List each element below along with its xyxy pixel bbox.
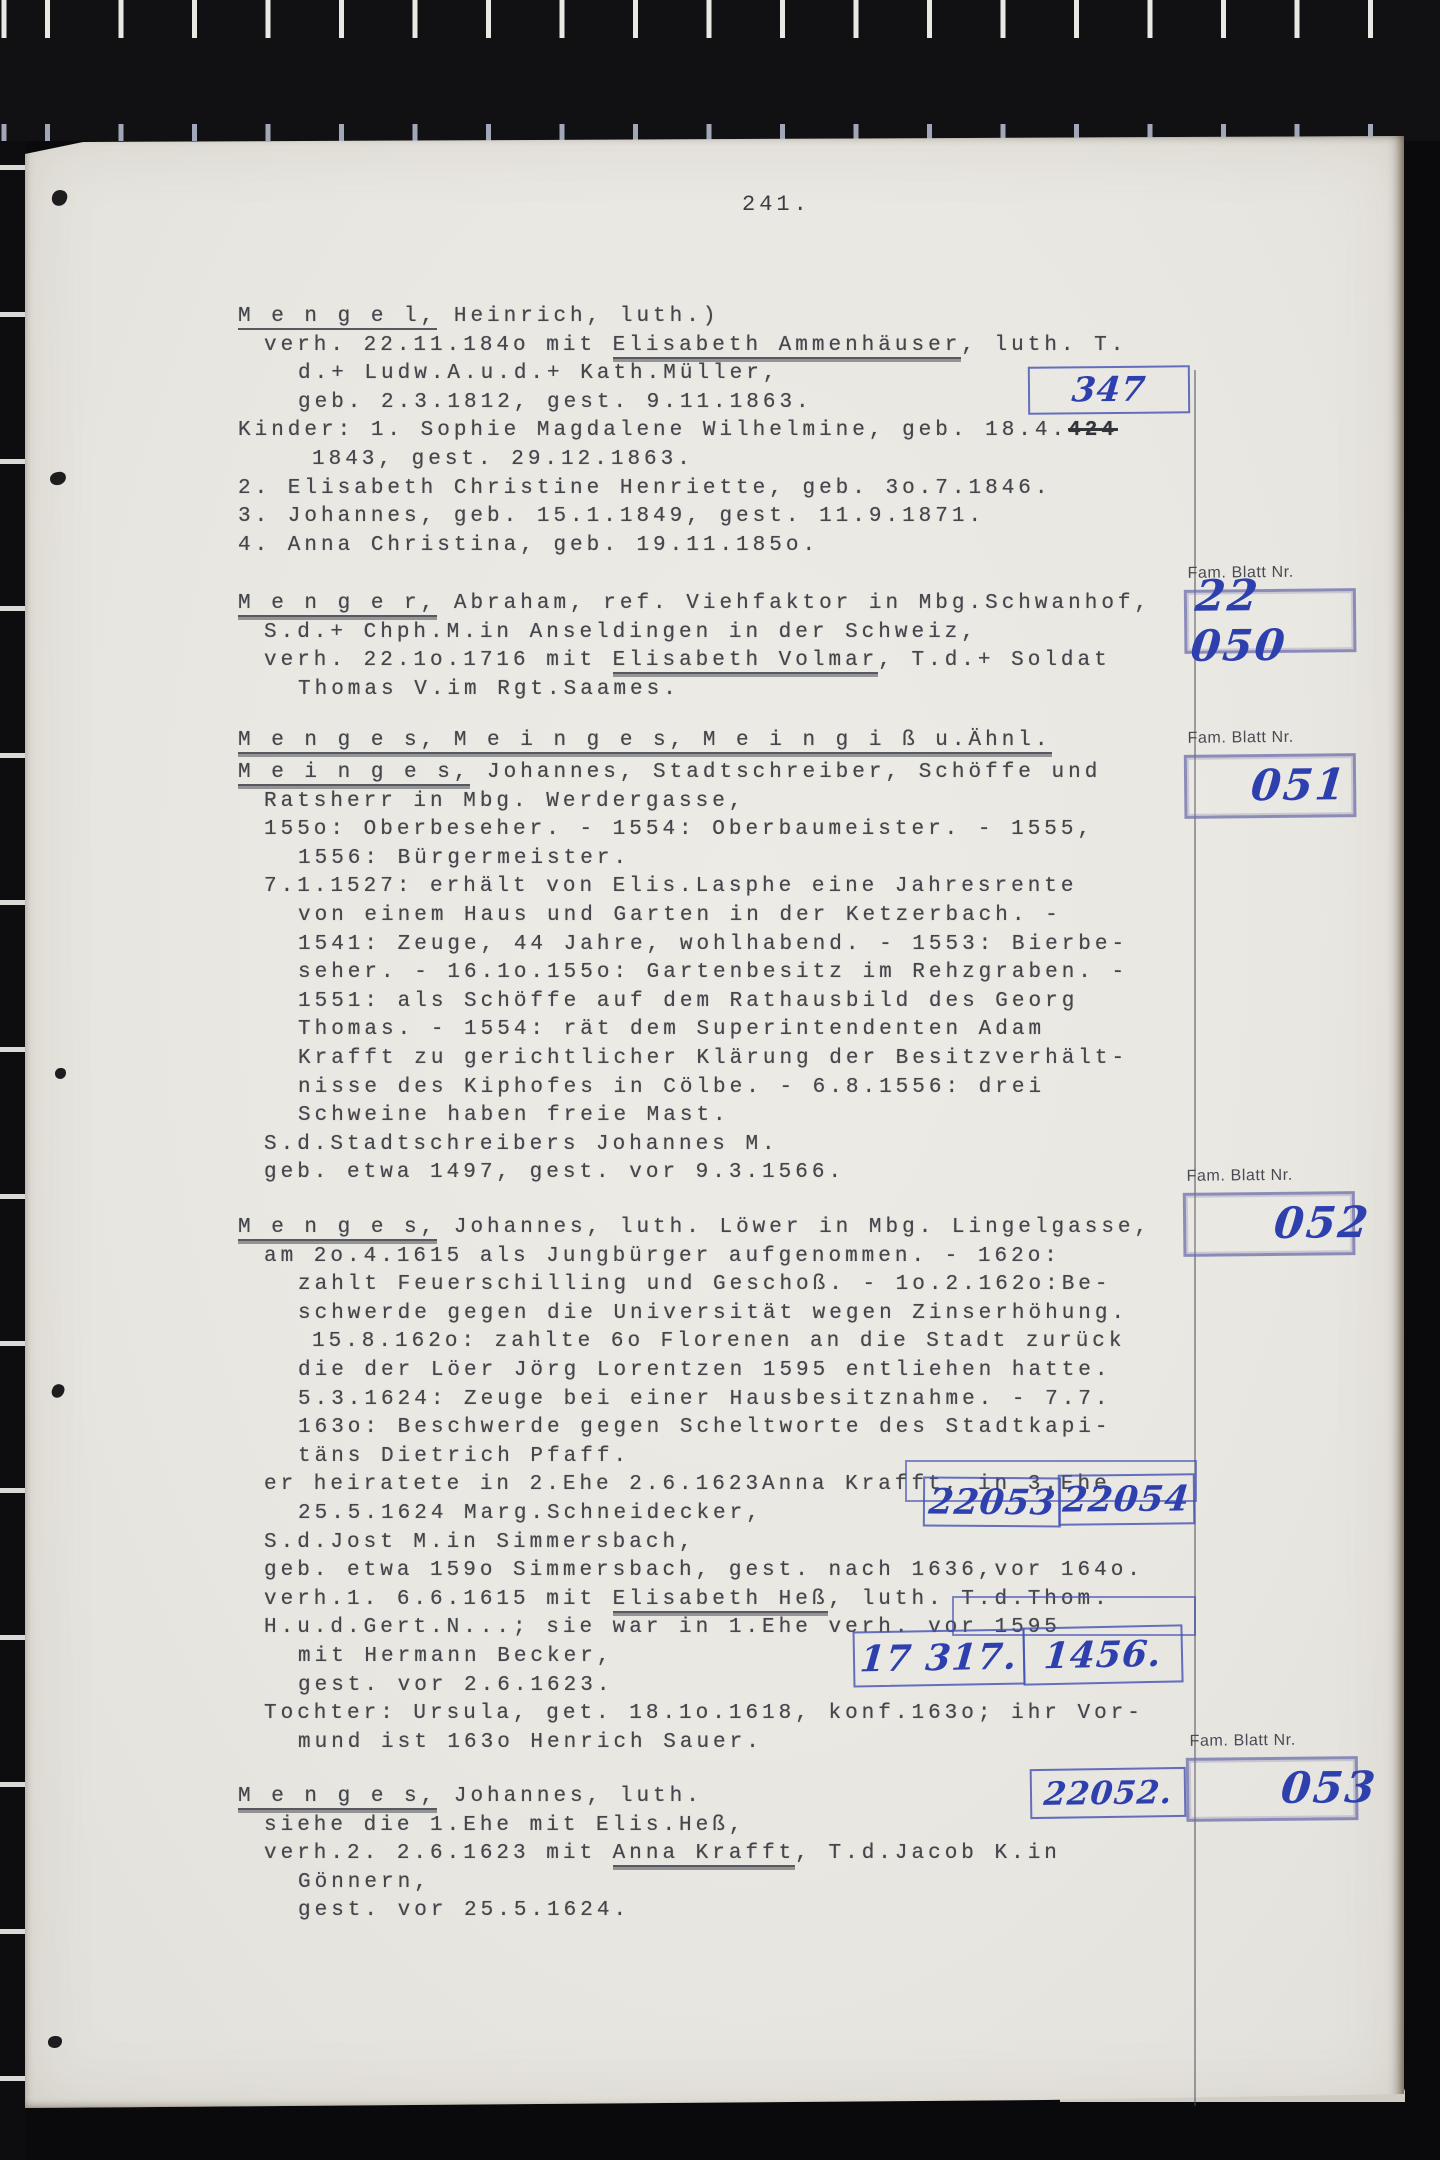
typed-text: , luth. T. [961,334,1127,357]
text-line: verh. 22.11.184o mit Elisabeth Ammenhäus… [238,332,1223,361]
text-line: mund ist 163o Henrich Sauer. [238,1729,1223,1758]
text-line: M e n g e s, M e i n g e s, M e i n g i … [238,727,1223,756]
text-line: S.d.+ Chph.M.in Anseldingen in der Schwe… [238,619,1223,648]
underlined-text: M e n g e s, [238,1785,437,1810]
typed-text: S.d.Jost M.in Simmersbach, [264,1531,696,1554]
typed-text: 163o: Beschwerde gegen Scheltworte des S… [298,1416,1112,1439]
typed-text: schwerde gegen die Universität wegen Zin… [298,1302,1128,1325]
handwritten-number: 22054 [1061,1478,1192,1520]
typed-text: 1556: Bürgermeister. [298,847,630,870]
underlined-text: M e n g e s, [238,1216,437,1241]
fam-blatt-box: 22 050 [1184,588,1357,654]
typed-text: , T.d.Jacob K.in [795,1842,1061,1865]
text-line: Krafft zu gerichtlicher Klärung der Besi… [238,1045,1223,1074]
fam-blatt-number: 053 [1187,1763,1379,1815]
typed-text: Schweine haben freie Mast. [298,1104,730,1127]
fam-blatt-number: 22 050 [1182,570,1357,672]
typed-text: 15.8.162o: zahlte 6o Florenen an die Sta… [312,1330,1126,1353]
annotation-box-22053: 22053 [923,1477,1061,1528]
typed-text: Johannes, Stadtschreiber, Schöffe und [470,761,1101,784]
typed-text: verh.2. 2.6.1623 mit [264,1842,613,1865]
underlined-text: M e n g e r, [238,592,437,617]
text-line: geb. etwa 159o Simmersbach, gest. nach 1… [238,1557,1223,1586]
typed-text: geb. 2.3.1812, gest. 9.11.1863. [298,391,813,414]
punch-hole [49,471,67,486]
annotation-box-1456: 1456. [1022,1624,1183,1685]
typed-text: S.d.Stadtschreibers Johannes M. [264,1133,779,1156]
fam-blatt-label: Fam. Blatt Nr. [1190,1731,1358,1751]
typed-text: d.+ Ludw.A.u.d.+ Kath.Müller, [298,362,779,385]
typed-text: mit Hermann Becker, [298,1645,613,1668]
text-line: 163o: Beschwerde gegen Scheltworte des S… [238,1414,1223,1443]
typed-text: verh. 22.1o.1716 mit [264,649,613,672]
handwritten-number: 17 317. [859,1636,1020,1681]
typed-text: seher. - 16.1o.155o: Gartenbesitz im Reh… [298,961,1128,984]
text-line: 3. Johannes, geb. 15.1.1849, gest. 11.9.… [238,503,1223,532]
typed-text: S.d.+ Chph.M.in Anseldingen in der Schwe… [264,621,978,644]
text-line: M e n g e l, Heinrich, luth.) [238,303,1223,332]
text-line: verh. 22.1o.1716 mit Elisabeth Volmar, T… [238,647,1223,676]
fam-blatt-stamp-052: Fam. Blatt Nr. 052 [1183,1166,1356,1257]
text-line: 1556: Bürgermeister. [238,845,1223,874]
typed-text: am 2o.4.1615 als Jungbürger aufgenommen.… [264,1245,1061,1268]
text-line: 1541: Zeuge, 44 Jahre, wohlhabend. - 155… [238,931,1223,960]
typed-text: , T.d.+ Soldat [878,649,1110,672]
punch-hole [51,189,69,208]
typed-text: täns Dietrich Pfaff. [298,1445,630,1468]
typed-text: 3. Johannes, geb. 15.1.1849, gest. 11.9.… [238,505,985,528]
text-line: verh.2. 2.6.1623 mit Anna Krafft, T.d.Ja… [238,1840,1223,1869]
fam-blatt-stamp-051: Fam. Blatt Nr. 051 [1184,728,1357,819]
text-line: 15.8.162o: zahlte 6o Florenen an die Sta… [238,1328,1223,1357]
typed-text: Krafft zu gerichtlicher Klärung der Besi… [298,1047,1128,1070]
handwritten-number: 22052. [1042,1773,1174,1813]
text-line: 1843, gest. 29.12.1863. [238,446,1223,475]
handwritten-number: 22053 [926,1481,1057,1523]
typed-text: nisse des Kiphofes in Cölbe. - 6.8.1556:… [298,1076,1045,1099]
text-line: seher. - 16.1o.155o: Gartenbesitz im Reh… [238,959,1223,988]
typed-text: 155o: Oberbeseher. - 1554: Oberbaumeiste… [264,818,1094,841]
text-line: M e n g e s, Johannes, luth. Löwer in Mb… [238,1214,1223,1243]
text-line: 2. Elisabeth Christine Henriette, geb. 3… [238,475,1223,504]
typed-text: Tochter: Ursula, get. 18.1o.1618, konf.1… [264,1702,1144,1725]
text-line: Gönnern, [238,1869,1223,1898]
entry-mengel-heinrich: M e n g e l, Heinrich, luth.)verh. 22.11… [238,303,1223,560]
typed-text: 7.1.1527: erhält von Elis.Lasphe eine Ja… [264,875,1078,898]
typed-text: Ratsherr in Mbg. Werdergasse, [264,790,745,813]
underlined-text: M e n g e l, [238,305,437,330]
entry-meinges-johannes: M e i n g e s, Johannes, Stadtschreiber,… [238,759,1223,1188]
entry-menger-abraham: M e n g e r, Abraham, ref. Viehfaktor in… [238,590,1223,704]
handwritten-number: 1456. [1042,1633,1163,1678]
entry-menges-meinges-heading: M e n g e s, M e i n g e s, M e i n g i … [238,727,1223,756]
annotation-box-22052: 22052. [1030,1767,1187,1819]
text-line: nisse des Kiphofes in Cölbe. - 6.8.1556:… [238,1074,1223,1103]
typed-text: von einem Haus und Garten in der Ketzerb… [298,904,1062,927]
struck-text: 424 [1068,419,1118,442]
typed-text: Johannes, luth. [437,1785,703,1808]
text-line: Thomas. - 1554: rät dem Superintendenten… [238,1016,1223,1045]
typed-text: 5.3.1624: Zeuge bei einer Hausbesitznahm… [298,1388,1112,1411]
page-content: 241. M e n g e l, Heinrich, luth.)verh. … [0,0,1440,2160]
text-line: Thomas V.im Rgt.Saames. [238,676,1223,705]
fam-blatt-number: 051 [1185,760,1349,812]
typed-text: Thomas. - 1554: rät dem Superintendenten… [298,1018,1045,1041]
typed-text: Abraham, ref. Viehfaktor in Mbg.Schwanho… [437,592,1151,615]
text-line: S.d.Jost M.in Simmersbach, [238,1529,1223,1558]
fam-blatt-stamp-053: Fam. Blatt Nr. 053 [1186,1731,1359,1822]
typed-text: 4. Anna Christina, geb. 19.11.185o. [238,534,819,557]
fam-blatt-box: 053 [1186,1756,1359,1822]
text-line: 155o: Oberbeseher. - 1554: Oberbaumeiste… [238,816,1223,845]
typed-text: 1843, gest. 29.12.1863. [312,448,694,471]
annotation-box-17317: 17 317. [853,1629,1026,1688]
text-line: 5.3.1624: Zeuge bei einer Hausbesitznahm… [238,1386,1223,1415]
text-line: S.d.Stadtschreibers Johannes M. [238,1131,1223,1160]
text-line: Ratsherr in Mbg. Werdergasse, [238,788,1223,817]
typed-text: die der Löer Jörg Lorentzen 1595 entlieh… [298,1359,1112,1382]
text-line: Tochter: Ursula, get. 18.1o.1618, konf.1… [238,1700,1223,1729]
text-line: am 2o.4.1615 als Jungbürger aufgenommen.… [238,1243,1223,1272]
text-line: Schweine haben freie Mast. [238,1102,1223,1131]
text-line: die der Löer Jörg Lorentzen 1595 entlieh… [238,1357,1223,1386]
typed-text: 25.5.1624 Marg.Schneidecker, [298,1502,763,1525]
typed-text: geb. etwa 159o Simmersbach, gest. nach 1… [264,1559,1144,1582]
typed-text: verh. 22.11.184o mit [264,334,613,357]
punch-hole [55,1068,66,1079]
microfilm-scan: 241. M e n g e l, Heinrich, luth.)verh. … [0,0,1440,2160]
text-line: M e i n g e s, Johannes, Stadtschreiber,… [238,759,1223,788]
text-line: 4. Anna Christina, geb. 19.11.185o. [238,532,1223,561]
punch-hole [48,2036,62,2048]
text-line: zahlt Feuerschilling und Geschoß. - 1o.2… [238,1271,1223,1300]
typed-text: gest. vor 25.5.1624. [298,1899,630,1922]
text-line: schwerde gegen die Universität wegen Zin… [238,1300,1223,1329]
typed-text: geb. etwa 1497, gest. vor 9.3.1566. [264,1161,845,1184]
underlined-text: M e i n g e s, [238,761,470,786]
text-line: Kinder: 1. Sophie Magdalene Wilhelmine, … [238,417,1223,446]
annotation-box-22054: 22054 [1058,1473,1196,1525]
fam-blatt-box: 051 [1184,753,1357,819]
underlined-text: Anna Krafft [613,1842,796,1867]
text-line: M e n g e r, Abraham, ref. Viehfaktor in… [238,590,1223,619]
fam-blatt-label: Fam. Blatt Nr. [1187,1166,1355,1186]
typed-text: Heinrich, luth.) [437,305,719,328]
fam-blatt-number: 052 [1184,1198,1372,1250]
text-line: 7.1.1527: erhält von Elis.Lasphe eine Ja… [238,873,1223,902]
typed-text: 1541: Zeuge, 44 Jahre, wohlhabend. - 155… [298,933,1128,956]
text-line: geb. etwa 1497, gest. vor 9.3.1566. [238,1159,1223,1188]
fam-blatt-label: Fam. Blatt Nr. [1188,728,1356,748]
underlined-text: M e n g e s, M e i n g e s, M e i n g i … [238,729,1052,754]
typed-text: Johannes, luth. Löwer in Mbg. Lingelgass… [437,1216,1151,1239]
underlined-text: Elisabeth Volmar [613,649,879,674]
typed-text: Kinder: 1. Sophie Magdalene Wilhelmine, … [238,419,1068,442]
text-line: gest. vor 25.5.1624. [238,1897,1223,1926]
punch-hole [50,1382,66,1399]
typed-text: Thomas V.im Rgt.Saames. [298,678,680,701]
fam-blatt-stamp-22050: Fam. Blatt Nr. 22 050 [1184,563,1357,654]
handwritten-number: 347 [1070,370,1148,411]
text-line: 1551: als Schöffe auf dem Rathausbild de… [238,988,1223,1017]
typed-text: 2. Elisabeth Christine Henriette, geb. 3… [238,477,1052,500]
underlined-text: Elisabeth Heß [613,1588,829,1613]
typed-text: 1551: als Schöffe auf dem Rathausbild de… [298,990,1078,1013]
underlined-text: Elisabeth Ammenhäuser [613,334,962,359]
annotation-box-347: 347 [1028,365,1190,414]
fam-blatt-box: 052 [1183,1191,1356,1257]
text-line: von einem Haus und Garten in der Ketzerb… [238,902,1223,931]
typed-text: zahlt Feuerschilling und Geschoß. - 1o.2… [298,1273,1112,1296]
typed-text: mund ist 163o Henrich Sauer. [298,1731,763,1754]
typed-text: verh.1. 6.6.1615 mit [264,1588,613,1611]
typed-text: siehe die 1.Ehe mit Elis.Heß, [264,1814,745,1837]
typed-text: gest. vor 2.6.1623. [298,1674,613,1697]
page-number: 241. [742,192,811,217]
typed-text: Gönnern, [298,1871,431,1894]
